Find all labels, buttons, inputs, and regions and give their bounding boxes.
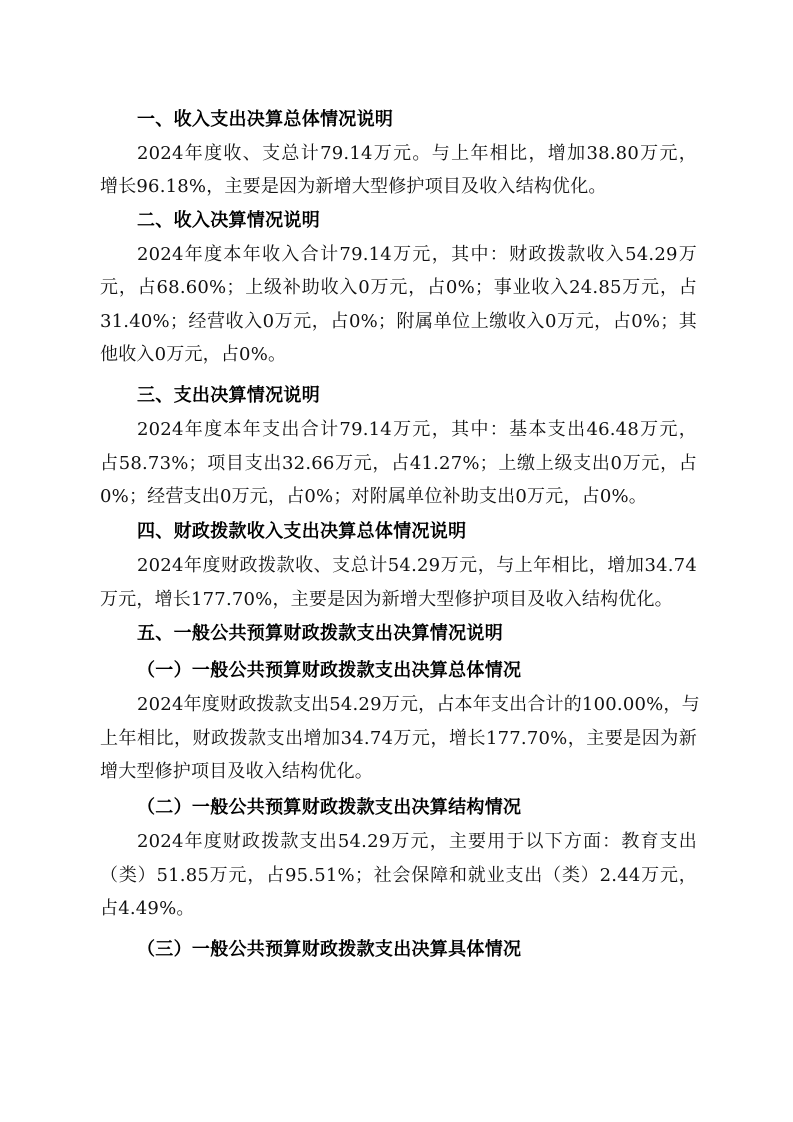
section-heading-3: 三、支出决算情况说明 [137,384,320,408]
paragraph-line: 2024年度财政拨款支出54.29万元，占本年支出合计的100.00%，与 [137,693,697,717]
paragraph-line: 2024年度本年收入合计79.14万元，其中：财政拨款收入54.29万 [137,243,697,267]
paragraph-line: 增大型修护项目及收入结构优化。 [100,760,373,784]
paragraph-line: 占4.49%。 [100,897,195,921]
document-page: 一、收入支出决算总体情况说明 2024年度收、支总计79.14万元。与上年相比，… [0,0,793,1122]
section-heading-1: 一、收入支出决算总体情况说明 [137,108,393,132]
paragraph-line: 0%；经营支出0万元，占0%；对附属单位补助支出0万元，占0%。 [100,485,647,509]
subsection-heading-2: （二）一般公共预算财政拨款支出决算结构情况 [137,796,521,820]
paragraph-line: （类）51.85万元，占95.51%；社会保障和就业支出（类）2.44万元， [100,864,697,888]
paragraph-line: 2024年度收、支总计79.14万元。与上年相比，增加38.80万元， [137,142,697,166]
subsection-heading-1: （一）一般公共预算财政拨款支出决算总体情况 [137,659,521,683]
paragraph-line: 上年相比，财政拨款支出增加34.74万元，增长177.70%，主要是因为新 [100,727,697,751]
paragraph-line: 万元，增长177.70%，主要是因为新增大型修护项目及收入结构优化。 [100,588,673,612]
paragraph-line: 2024年度本年支出合计79.14万元，其中：基本支出46.48万元， [137,418,697,442]
paragraph-line: 元，占68.60%；上级补助收入0万元，占0%；事业收入24.85万元，占 [100,276,697,300]
paragraph-line: 占58.73%；项目支出32.66万元，占41.27%；上缴上级支出0万元，占 [100,452,697,476]
paragraph-line: 他收入0万元，占0%。 [100,343,286,367]
paragraph-line: 增长96.18%，主要是因为新增大型修护项目及收入结构优化。 [100,175,607,199]
section-heading-2: 二、收入决算情况说明 [137,209,320,233]
subsection-heading-3: （三）一般公共预算财政拨款支出决算具体情况 [137,938,521,962]
paragraph-line: 2024年度财政拨款支出54.29万元，主要用于以下方面：教育支出 [137,830,697,854]
paragraph-line: 31.40%；经营收入0万元，占0%；附属单位上缴收入0万元，占0%；其 [100,310,697,334]
section-heading-4: 四、财政拨款收入支出决算总体情况说明 [137,520,466,544]
paragraph-line: 2024年度财政拨款收、支总计54.29万元，与上年相比，增加34.74 [137,554,697,578]
section-heading-5: 五、一般公共预算财政拨款支出决算情况说明 [137,622,503,646]
